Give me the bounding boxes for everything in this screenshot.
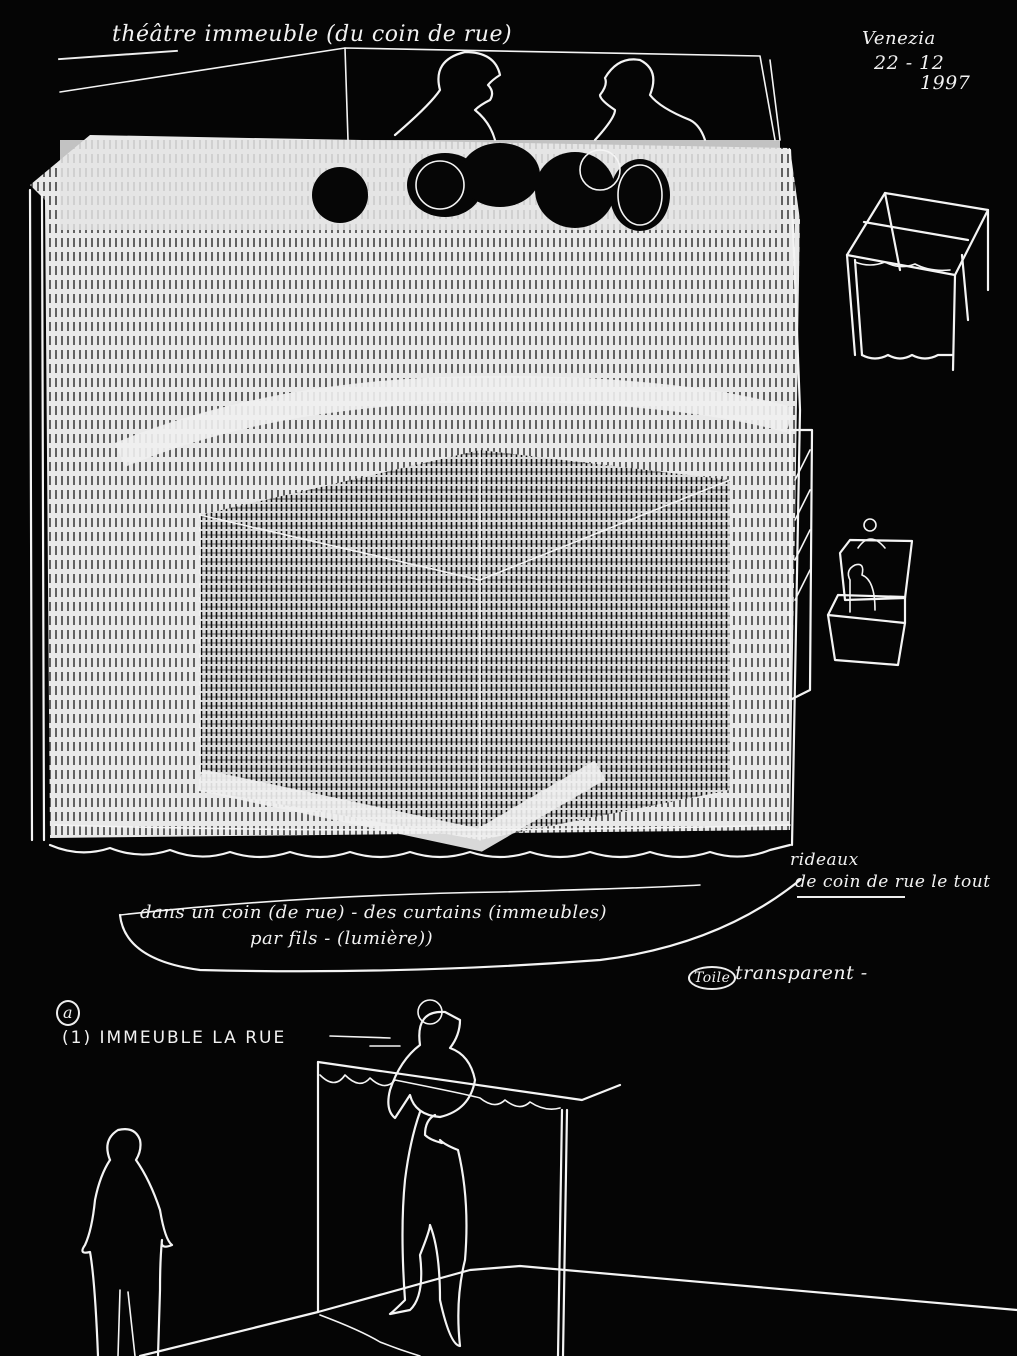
note-rideaux: rideaux [790,850,859,870]
date-year: 1997 [920,72,970,94]
sketch-drawing [0,0,1017,1356]
stacked-boxes-sketch [828,519,912,665]
standing-figure [82,1129,172,1356]
note-underline [797,896,905,898]
seated-figure-left [395,52,500,140]
note-coin-de-rue: de coin de rue le tout [795,872,991,892]
sketch-title: théâtre immeuble (du coin de rue) [112,22,512,47]
note-curtain-line-1: dans un coin (de rue) - des curtains (im… [140,902,607,923]
stage-box [30,135,800,857]
stage-frame [60,48,780,140]
figure-carrying [388,1000,475,1346]
lower-canopy [140,1062,1017,1356]
note-transparent: transparent - [735,962,868,984]
note-immeuble-la-rue: (1) IMMEUBLE LA RUE [62,1028,286,1048]
note-toile-badge: Toile [688,966,736,990]
note-curtain-line-2: par fils - (lumière)) [250,928,433,949]
seated-figure-right [595,59,705,140]
note-circled-letter: a [56,1000,80,1026]
canopy-box-sketch [847,193,988,370]
date-day-month: 22 - 12 [874,52,944,74]
place-label: Venezia [862,28,936,49]
